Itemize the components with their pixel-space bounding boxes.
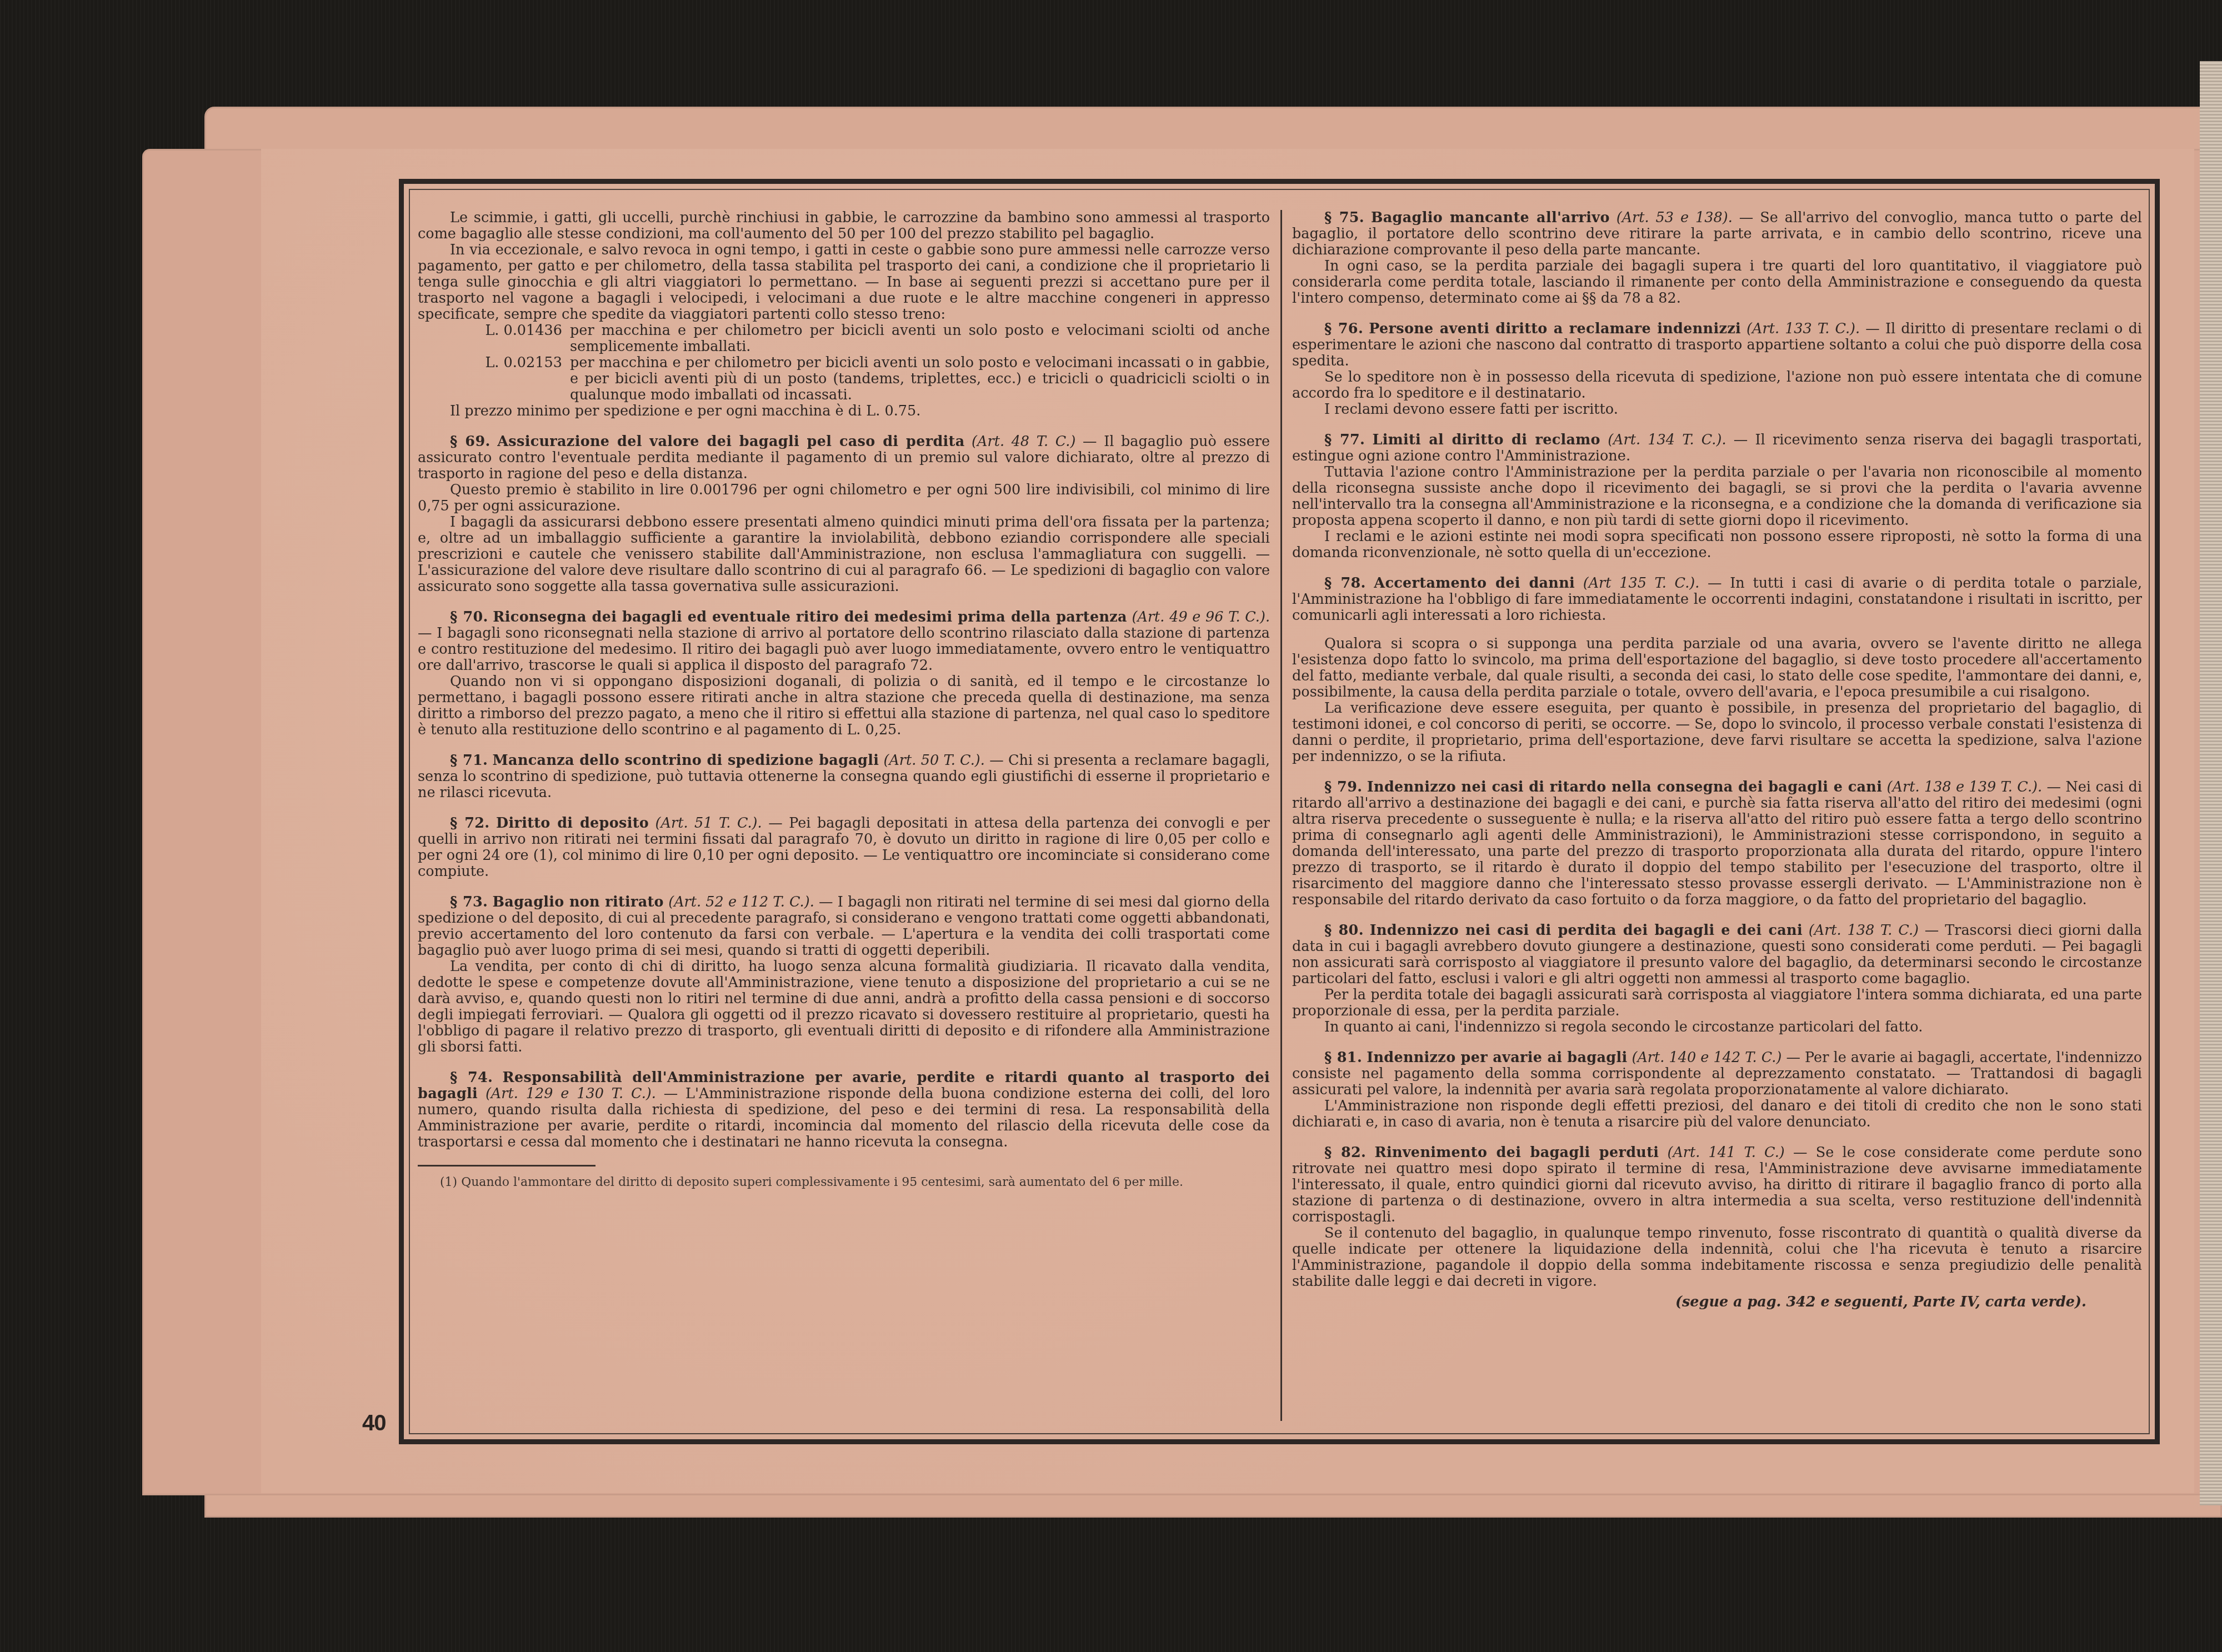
- section-71: § 71. Mancanza dello scontrino di spediz…: [418, 753, 1270, 801]
- section-title: Limiti al diritto di reclamo: [1372, 432, 1600, 448]
- section-81: § 81. Indennizzo per avarie ai bagagli (…: [1292, 1050, 2142, 1130]
- section-paragraph: In quanto ai cani, l'indennizzo si regol…: [1292, 1019, 2142, 1035]
- section-paragraph: I bagagli da assicurarsi debbono essere …: [418, 514, 1270, 595]
- section-72: § 72. Diritto di deposito (Art. 51 T. C.…: [418, 815, 1270, 880]
- footnote-rule: [418, 1165, 595, 1167]
- section-title: Accertamento dei danni: [1374, 575, 1575, 592]
- section-number: § 80.: [1324, 922, 1364, 939]
- section-75: § 75. Bagaglio mancante all'arrivo (Art.…: [1292, 210, 2142, 307]
- section-paragraph: Qualora si scopra o si supponga una perd…: [1292, 636, 2142, 700]
- footnote: (1) Quando l'ammontare del diritto di de…: [418, 1175, 1270, 1190]
- article-reference: (Art. 138 T. C.): [1809, 922, 1919, 939]
- section-number: § 71.: [450, 752, 488, 769]
- section-paragraph: Questo premio è stabilito in lire 0.0017…: [418, 482, 1270, 514]
- section-70: § 70. Riconsegna dei bagagli ed eventual…: [418, 609, 1270, 738]
- left-column: Le scimmie, i gatti, gli uccelli, purchè…: [418, 210, 1270, 1190]
- intro-paragraph: In via eccezionale, e salvo revoca in og…: [418, 242, 1270, 323]
- section-paragraph: Se lo speditore non è in possesso della …: [1292, 369, 2142, 402]
- article-reference: (Art 135 T. C.).: [1583, 575, 1700, 592]
- section-paragraph: Se il contenuto del bagaglio, in qualunq…: [1292, 1225, 2142, 1290]
- section-body: — I bagagli sono riconsegnati nella staz…: [418, 625, 1270, 674]
- section-title: Bagaglio non ritirato: [493, 894, 664, 910]
- section-paragraph: I reclami devono essere fatti per iscrit…: [1292, 402, 2142, 418]
- section-paragraph: Tuttavia l'azione contro l'Amministrazio…: [1292, 464, 2142, 529]
- page-stack-edge: [2200, 61, 2222, 1505]
- section-number: § 82.: [1324, 1144, 1366, 1161]
- section-title: Indennizzo nei casi di perdita dei bagag…: [1370, 922, 1803, 939]
- section-76: § 76. Persone aventi diritto a reclamare…: [1292, 321, 2142, 418]
- section-title: Riconsegna dei bagagli ed eventuale riti…: [493, 609, 1127, 625]
- section-title: Mancanza dello scontrino di spedizione b…: [493, 752, 879, 769]
- section-paragraph: In ogni caso, se la perdita parziale dei…: [1292, 258, 2142, 307]
- section-69: § 69. Assicurazione del valore dei bagag…: [418, 434, 1270, 595]
- tariff-row: L. 0.02153 per macchina e per chilometro…: [418, 355, 1270, 403]
- section-79: § 79. Indennizzo nei casi di ritardo nel…: [1292, 779, 2142, 908]
- section-paragraph: I reclami e le azioni estinte nei modi s…: [1292, 529, 2142, 561]
- tariff-description: per macchina e per chilometro per bicicl…: [570, 355, 1270, 403]
- section-paragraph: Per la perdita totale dei bagagli assicu…: [1292, 987, 2142, 1019]
- section-body: — Nei casi di ritardo all'arrivo a desti…: [1292, 779, 2142, 908]
- section-number: § 75.: [1324, 209, 1364, 226]
- section-number: § 79.: [1324, 779, 1362, 795]
- section-77: § 77. Limiti al diritto di reclamo (Art.…: [1292, 432, 2142, 561]
- minimum-price-note: Il prezzo minimo per spedizione e per og…: [418, 403, 1270, 419]
- article-reference: (Art. 49 e 96 T. C.).: [1132, 609, 1270, 625]
- section-number: § 81.: [1324, 1049, 1362, 1066]
- section-title: Persone aventi diritto a reclamare inden…: [1369, 321, 1741, 337]
- page-number: 40: [362, 1411, 386, 1436]
- section-73: § 73. Bagaglio non ritirato (Art. 52 e 1…: [418, 894, 1270, 1055]
- section-78: § 78. Accertamento dei danni (Art 135 T.…: [1292, 575, 2142, 765]
- article-reference: (Art. 138 e 139 T. C.).: [1887, 779, 2043, 795]
- section-number: § 76.: [1324, 321, 1363, 337]
- article-reference: (Art. 48 T. C.): [972, 433, 1075, 450]
- tariff-description: per macchina e per chilometro per bicicl…: [570, 323, 1270, 355]
- section-paragraph: Quando non vi si oppongano disposizioni …: [418, 674, 1270, 738]
- article-reference: (Art. 140 e 142 T. C.): [1632, 1049, 1781, 1066]
- column-divider: [1280, 210, 1282, 1421]
- section-title: Diritto di deposito: [496, 815, 649, 832]
- section-paragraph: L'Amministrazione non risponde degli eff…: [1292, 1098, 2142, 1130]
- article-reference: (Art. 133 T. C.).: [1746, 321, 1860, 337]
- continuation-note: (segue a pag. 342 e seguenti, Parte IV, …: [1292, 1294, 2142, 1310]
- tariff-price: L. 0.01436: [418, 323, 570, 355]
- section-number: § 72.: [450, 815, 490, 832]
- article-reference: (Art. 50 T. C.).: [883, 752, 984, 769]
- section-number: § 74.: [450, 1069, 493, 1086]
- section-paragraph: La verificazione deve essere eseguita, p…: [1292, 700, 2142, 765]
- section-82: § 82. Rinvenimento dei bagagli perduti (…: [1292, 1145, 2142, 1290]
- article-reference: (Art. 51 T. C.).: [655, 815, 762, 832]
- section-number: § 77.: [1324, 432, 1365, 448]
- section-number: § 69.: [450, 433, 491, 450]
- article-reference: (Art. 52 e 112 T. C.).: [668, 894, 814, 910]
- right-column: § 75. Bagaglio mancante all'arrivo (Art.…: [1292, 210, 2142, 1325]
- section-number: § 78.: [1324, 575, 1366, 592]
- article-reference: (Art. 134 T. C.).: [1608, 432, 1726, 448]
- tariff-price: L. 0.02153: [418, 355, 570, 403]
- tariff-row: L. 0.01436 per macchina e per chilometro…: [418, 323, 1270, 355]
- intro-paragraph: Le scimmie, i gatti, gli uccelli, purchè…: [418, 210, 1270, 242]
- article-reference: (Art. 141 T. C.): [1667, 1144, 1784, 1161]
- section-number: § 73.: [450, 894, 488, 910]
- section-title: Assicurazione del valore dei bagagli pel…: [497, 433, 964, 450]
- article-reference: (Art. 53 e 138).: [1617, 209, 1733, 226]
- section-80: § 80. Indennizzo nei casi di perdita dei…: [1292, 923, 2142, 1035]
- section-title: Rinvenimento dei bagagli perduti: [1374, 1144, 1659, 1161]
- article-reference: (Art. 129 e 130 T. C.).: [486, 1085, 656, 1102]
- section-title: Indennizzo nei casi di ritardo nella con…: [1367, 779, 1882, 795]
- section-paragraph: La vendita, per conto di chi di diritto,…: [418, 959, 1270, 1055]
- section-title: Indennizzo per avarie ai bagagli: [1367, 1049, 1627, 1066]
- section-number: § 70.: [450, 609, 488, 625]
- section-74: § 74. Responsabilità dell'Amministrazion…: [418, 1070, 1270, 1150]
- section-title: Bagaglio mancante all'arrivo: [1371, 209, 1610, 226]
